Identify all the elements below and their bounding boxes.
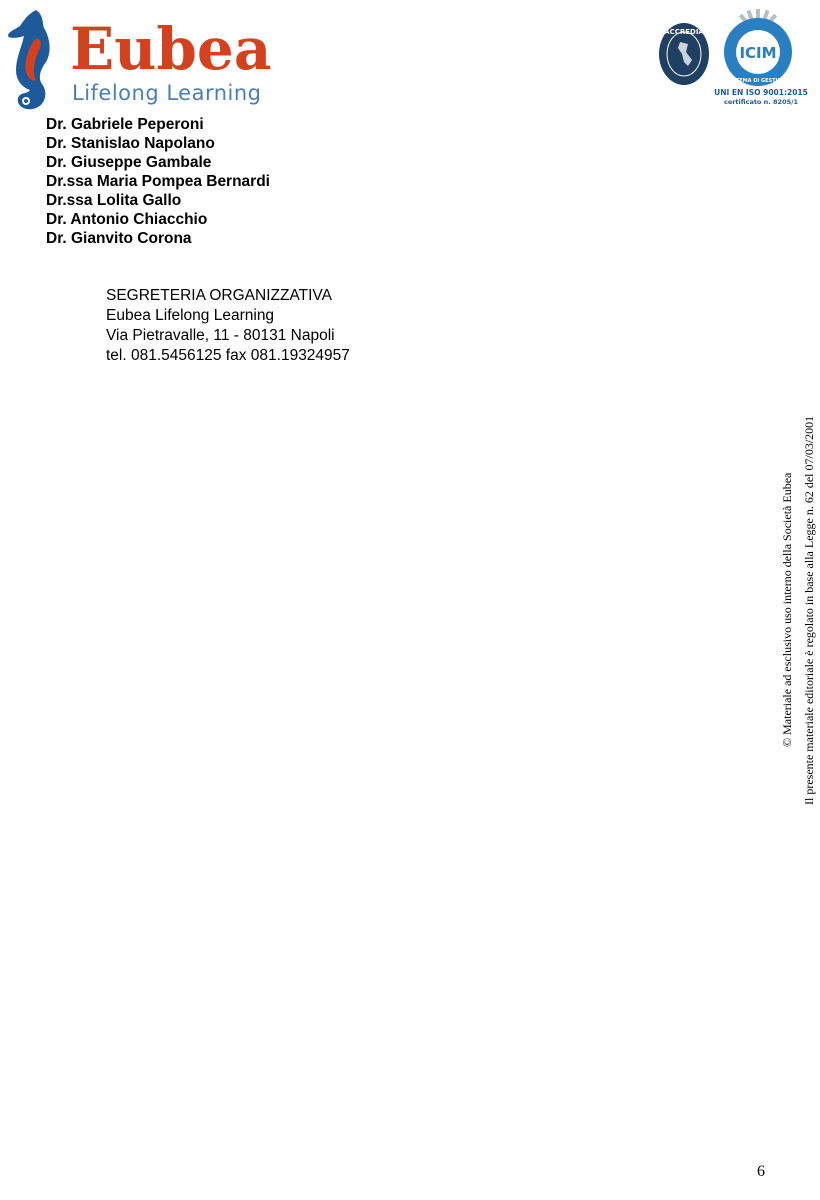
secretariat-contacts: tel. 081.5456125 fax 081.19324957	[106, 346, 350, 366]
svg-text:SISTEMA DI GESTIONE: SISTEMA DI GESTIONE	[727, 78, 790, 84]
name-item: Dr. Giuseppe Gambale	[46, 153, 270, 172]
names-list: Dr. Gabriele Peperoni Dr. Stanislao Napo…	[46, 115, 270, 248]
legal-line: Il presente materiale editoriale è regol…	[798, 416, 820, 805]
name-item: Dr.ssa Maria Pompea Bernardi	[46, 172, 270, 191]
secretariat-address: Via Pietravalle, 11 - 80131 Napoli	[106, 326, 350, 346]
iso-standard-label: UNI EN ISO 9001:2015	[714, 88, 808, 97]
name-item: Dr. Antonio Chiacchio	[46, 210, 270, 229]
secretariat-organization: Eubea Lifelong Learning	[106, 306, 350, 326]
name-item: Dr. Gianvito Corona	[46, 229, 270, 248]
brand-subtitle: Lifelong Learning	[72, 80, 262, 106]
eubea-logo: Eubea Lifelong Learning	[6, 6, 286, 112]
copyright-side-note: © Materiale ad esclusivo uso interno del…	[776, 416, 820, 805]
organizing-secretariat: SEGRETERIA ORGANIZZATIVA Eubea Lifelong …	[106, 286, 350, 366]
secretariat-title: SEGRETERIA ORGANIZZATIVA	[106, 286, 350, 306]
copyright-line: © Materiale ad esclusivo uso interno del…	[776, 416, 798, 805]
name-item: Dr.ssa Lolita Gallo	[46, 191, 270, 210]
svg-text:ACCREDIA: ACCREDIA	[664, 28, 704, 36]
page-number: 6	[757, 1163, 765, 1181]
brand-name: Eubea	[70, 16, 271, 82]
icim-badge-icon: ICIM SISTEMA DI GESTIONE	[712, 8, 804, 88]
svg-text:ICIM: ICIM	[739, 44, 776, 62]
name-item: Dr. Stanislao Napolano	[46, 134, 270, 153]
accredia-badge-icon: ACCREDIA	[658, 22, 710, 86]
certificate-number-label: certificato n. 8205/1	[714, 98, 808, 106]
name-item: Dr. Gabriele Peperoni	[46, 115, 270, 134]
certification-badges: ACCREDIA ICIM SISTEMA DI GESTIONE UNI EN…	[656, 6, 806, 106]
seahorse-icon	[6, 6, 70, 112]
